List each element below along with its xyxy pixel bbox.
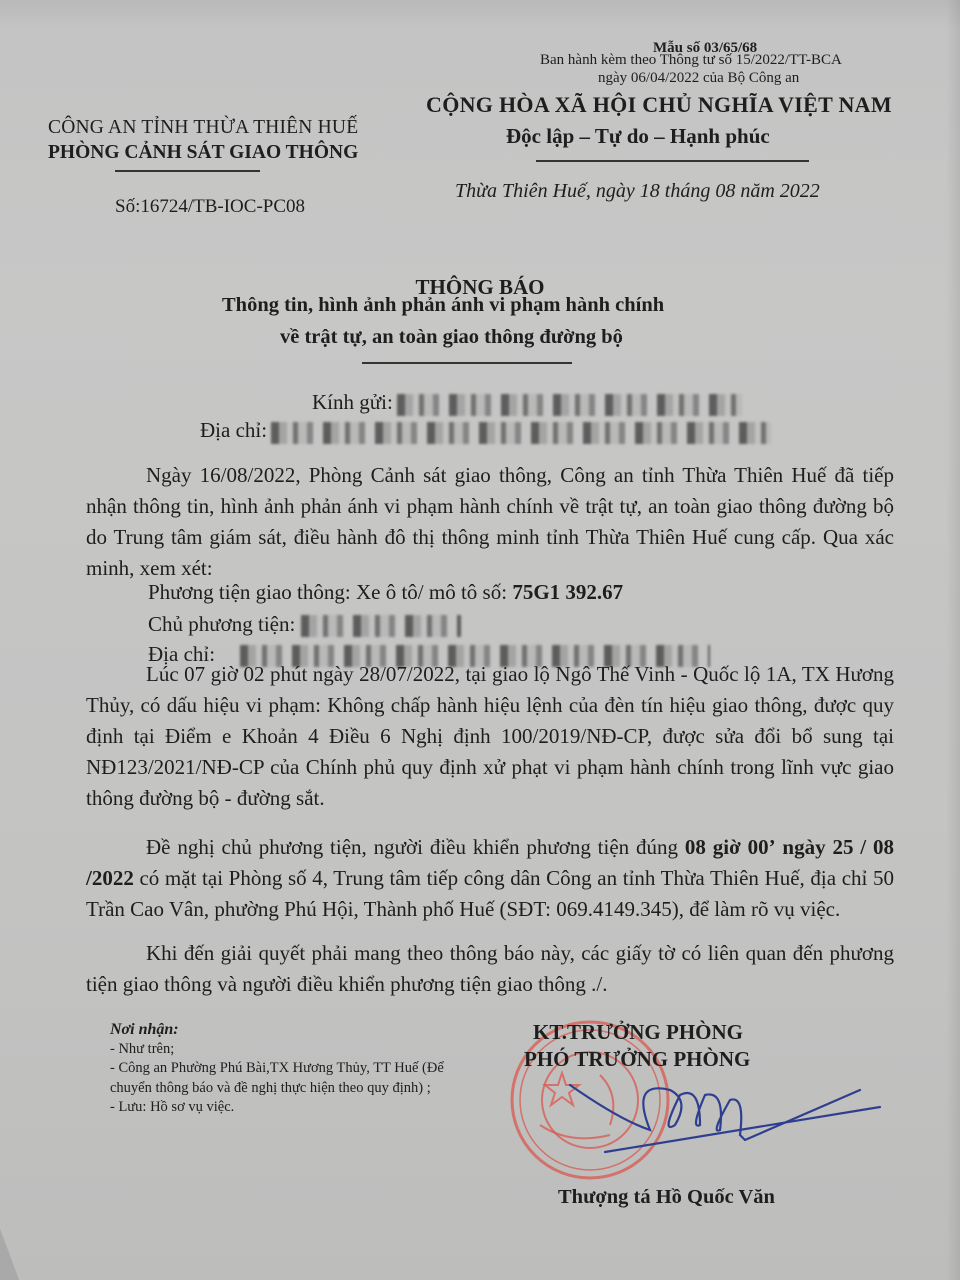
owner-field: Chủ phương tiện:: [148, 612, 461, 637]
vehicle-plate: 75G1 392.67: [512, 580, 623, 604]
subtitle-underline: [362, 362, 572, 364]
page-edge-shadow: [946, 0, 960, 1280]
department-underline: [115, 170, 260, 172]
recipient-item: - Công an Phường Phú Bài,TX Hương Thủy, …: [110, 1059, 470, 1098]
document-subtitle-line1: Thông tin, hình ảnh phản ánh vi phạm hàn…: [222, 294, 664, 317]
handwritten-signature-icon: [560, 1080, 900, 1160]
vehicle-field: Phương tiện giao thông: Xe ô tô/ mô tô s…: [148, 580, 623, 605]
issuing-department: PHÒNG CẢNH SÁT GIAO THÔNG: [48, 142, 358, 164]
paragraph3-start: Đề nghị chủ phương tiện, người điều khiể…: [146, 835, 678, 859]
addressee-address: Địa chỉ:: [200, 418, 771, 444]
addressee-to-label: Kính gửi:: [312, 390, 393, 414]
recipient-item: - Lưu: Hồ sơ vụ việc.: [110, 1098, 470, 1118]
form-issued-line2: ngày 06/04/2022 của Bộ Công an: [598, 70, 799, 87]
addressee-to: Kính gửi:: [312, 390, 742, 416]
document-number: Số:16724/TB-IOC-PC08: [115, 196, 305, 218]
signatory-role-line1: KT.TRƯỞNG PHÒNG: [533, 1020, 743, 1045]
document-subtitle-line2: về trật tự, an toàn giao thông đường bộ: [280, 326, 623, 349]
motto-underline: [536, 160, 809, 162]
owner-redacted: [301, 615, 461, 637]
owner-label: Chủ phương tiện:: [148, 612, 295, 636]
addressee-address-redacted: [271, 422, 771, 444]
signatory-name: Thượng tá Hồ Quốc Văn: [558, 1186, 775, 1209]
addressee-to-redacted: [397, 394, 742, 416]
national-motto: Độc lập – Tự do – Hạnh phúc: [506, 124, 770, 149]
body-paragraph-3: Đề nghị chủ phương tiện, người điều khiể…: [86, 832, 894, 925]
recipients-heading: Nơi nhận:: [110, 1020, 470, 1040]
place-date: Thừa Thiên Huế, ngày 18 tháng 08 năm 202…: [455, 180, 820, 203]
form-issued-line1: Ban hành kèm theo Thông tư số 15/2022/TT…: [540, 52, 842, 69]
country-name: CỘNG HÒA XÃ HỘI CHỦ NGHĨA VIỆT NAM: [426, 92, 892, 118]
issuing-agency: CÔNG AN TỈNH THỪA THIÊN HUẾ: [48, 117, 358, 139]
body-paragraph-1: Ngày 16/08/2022, Phòng Cảnh sát giao thô…: [86, 460, 894, 584]
recipient-item: - Như trên;: [110, 1040, 470, 1060]
signatory-role-line2: PHÓ TRƯỞNG PHÒNG: [524, 1047, 750, 1072]
addressee-address-label: Địa chỉ:: [200, 418, 267, 442]
vehicle-label: Phương tiện giao thông: Xe ô tô/ mô tô s…: [148, 580, 507, 604]
body-paragraph-4: Khi đến giải quyết phải mang theo thông …: [86, 938, 894, 1000]
recipients-block: Nơi nhận: - Như trên; - Công an Phường P…: [110, 1020, 470, 1118]
appointment-time: 08 giờ 00’: [685, 835, 776, 859]
paragraph3-end: có mặt tại Phòng số 4, Trung tâm tiếp cô…: [86, 866, 894, 921]
body-paragraph-2: Lúc 07 giờ 02 phút ngày 28/07/2022, tại …: [86, 659, 894, 814]
